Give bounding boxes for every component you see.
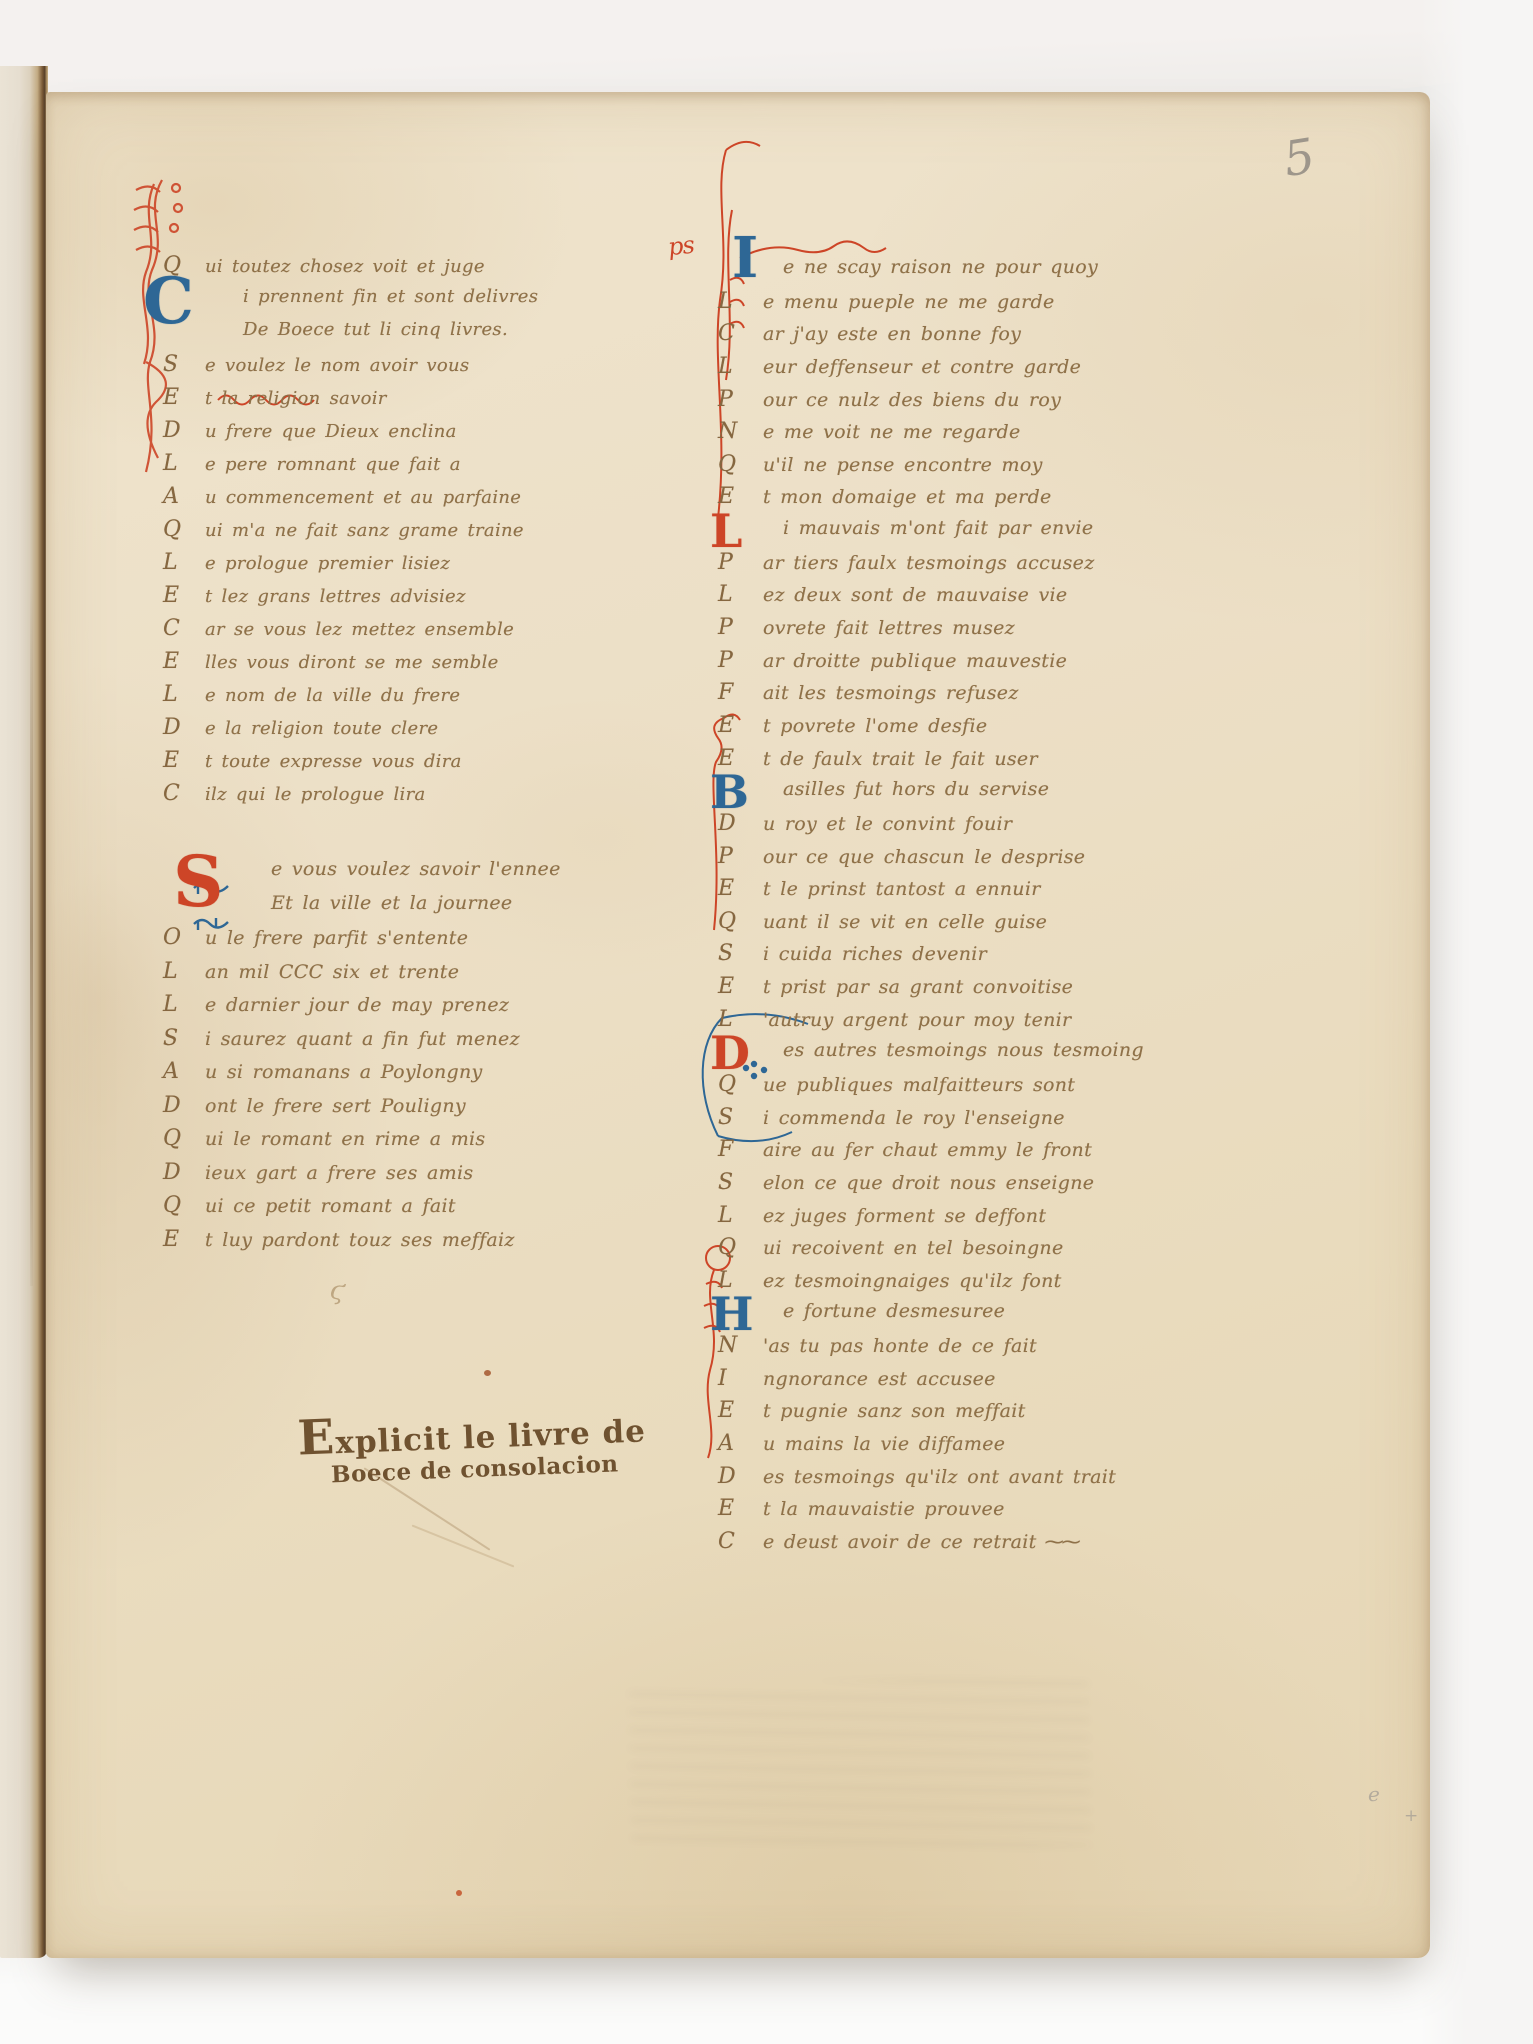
verse-line: Leur deffenseur et contre garde: [718, 354, 1081, 379]
backdrop-right: [1420, 0, 1533, 2044]
verse-initial: S: [718, 941, 763, 966]
verse-initial: D: [163, 1160, 205, 1185]
verse-text: ar se vous lez mettez ensemble: [205, 619, 514, 640]
pencil-mark-plus: +: [1404, 1806, 1418, 1826]
verse-line: Et la mauvaistie prouvee: [718, 1496, 1005, 1521]
verse-line: Ingnorance est accusee: [718, 1366, 996, 1391]
verse-text: t toute expresse vous dira: [205, 751, 462, 772]
paraph-mark: ps: [667, 231, 695, 262]
verse-text: t de faulx trait le fait user: [763, 748, 1038, 770]
verse-line: Ne me voit ne me regarde: [718, 419, 1021, 444]
verse-line: Le prologue premier lisiez: [163, 550, 450, 575]
verse-initial: Q: [163, 517, 205, 542]
verse-line: L'autruy argent pour moy tenir: [718, 1007, 1071, 1032]
illuminated-initial: I: [732, 236, 759, 281]
verse-line: De Boece tut li cinq livres.: [163, 319, 508, 340]
verse-initial: P: [718, 844, 763, 869]
verse-text: our ce que chascun le desprise: [763, 846, 1085, 868]
verse-text: i saurez quant a fin fut menez: [205, 1028, 520, 1050]
verse-initial: E: [718, 876, 763, 901]
verse-text: i prennent fin et sont delivres: [243, 286, 538, 307]
verse-initial: S: [163, 1026, 205, 1051]
verse-text: ilz qui le prologue lira: [205, 784, 426, 805]
verse-text: ar j'ay este en bonne foy: [763, 323, 1021, 345]
verse-text: e nom de la ville du frere: [205, 685, 460, 706]
verse-initial: L: [718, 1203, 763, 1228]
verse-line: Et la ville et la journee: [163, 892, 512, 914]
verse-line: Le pere romnant que fait a: [163, 451, 461, 476]
verse-initial: Q: [718, 1235, 763, 1260]
verse-text: e ne scay raison ne pour quoy: [783, 256, 1098, 278]
verse-text: u roy et le convint fouir: [763, 813, 1012, 835]
verse-initial: L: [163, 959, 205, 984]
verse-line: Et povrete l'ome desfie: [718, 713, 987, 738]
verse-text: asilles fut hors du servise: [783, 778, 1049, 800]
verse-line: Se voulez le nom avoir vous: [163, 352, 469, 377]
verse-text: t povrete l'ome desfie: [763, 715, 987, 737]
verse-line: Au si romanans a Poylongny: [163, 1059, 483, 1084]
verse-initial: D: [163, 1093, 205, 1118]
line-end-flourish-icon: ⁓⁓: [1045, 1531, 1079, 1553]
verse-line: Lez juges forment se deffont: [718, 1203, 1046, 1228]
verse-text: ui toutez chosez voit et juge: [205, 256, 485, 277]
verse-initial: S: [718, 1170, 763, 1195]
verse-initial: E: [718, 1398, 763, 1423]
verse-line: Cilz qui le prologue lira: [163, 781, 426, 806]
verse-initial: S: [718, 1105, 763, 1130]
verse-initial: L: [163, 992, 205, 1017]
verse-initial: F: [718, 1137, 763, 1162]
verse-text: i commenda le roy l'enseigne: [763, 1107, 1065, 1129]
verse-initial: A: [163, 1059, 205, 1084]
verse-text: Et la ville et la journee: [271, 892, 512, 914]
verse-text: e menu pueple ne me garde: [763, 291, 1055, 313]
verse-initial: Q: [718, 452, 763, 477]
verse-line: Et le prinst tantost a ennuir: [718, 876, 1041, 901]
verse-initial: E: [718, 1496, 763, 1521]
verse-text: es tesmoings qu'ilz ont avant trait: [763, 1466, 1116, 1488]
verse-line: Pour ce nulz des biens du roy: [718, 387, 1061, 412]
verse-text: t la religion savoir: [205, 388, 387, 409]
verse-text: ez tesmoingnaiges qu'ilz font: [763, 1270, 1062, 1292]
verse-line: Lan mil CCC six et trente: [163, 959, 459, 984]
verse-initial: N: [718, 419, 763, 444]
verse-line: Qu'il ne pense encontre moy: [718, 452, 1043, 477]
verse-initial: D: [718, 1464, 763, 1489]
verse-text: es autres tesmoings nous tesmoing: [783, 1039, 1144, 1061]
verse-text: De Boece tut li cinq livres.: [243, 319, 508, 340]
pencil-mark-e: e: [1368, 1782, 1380, 1806]
verse-initial: E: [163, 1227, 205, 1252]
verse-initial: E: [718, 713, 763, 738]
verse-line: Et prist par sa grant convoitise: [718, 974, 1073, 999]
verse-line: Si cuida riches devenir: [718, 941, 987, 966]
verse-initial: C: [163, 616, 205, 641]
verse-initial: C: [718, 321, 763, 346]
verse-text: u mains la vie diffamee: [763, 1433, 1005, 1455]
verse-line: Se vous voulez savoir l'ennee: [163, 858, 561, 880]
verse-line: Car se vous lez mettez ensemble: [163, 616, 514, 641]
verse-initial: E: [163, 583, 205, 608]
verse-initial: I: [718, 1366, 763, 1391]
verse-line: Et de faulx trait le fait user: [718, 746, 1038, 771]
verse-line: Le darnier jour de may prenez: [163, 992, 509, 1017]
verse-line: Du frere que Dieux enclina: [163, 418, 457, 443]
verse-text: ez deux sont de mauvaise vie: [763, 584, 1067, 606]
verse-line: Si saurez quant a fin fut menez: [163, 1026, 520, 1051]
verse-line: Basilles fut hors du servise: [718, 778, 1049, 800]
verse-line: De la religion toute clere: [163, 715, 438, 740]
verse-line: Qui ce petit romant a fait: [163, 1193, 456, 1218]
verse-initial: Q: [718, 1072, 763, 1097]
verse-line: Povrete fait lettres musez: [718, 615, 1015, 640]
verse-line: Et mon domaige et ma perde: [718, 484, 1052, 509]
illuminated-initial: B: [710, 774, 749, 811]
verse-text: u frere que Dieux enclina: [205, 421, 457, 442]
verse-initial: P: [718, 550, 763, 575]
verse-line: Le nom de la ville du frere: [163, 682, 460, 707]
vellum-smudge: [52, 870, 162, 1130]
verse-text: ui m'a ne fait sanz grame traine: [205, 520, 524, 541]
verse-text: e fortune desmesuree: [783, 1300, 1005, 1322]
verse-text: ieux gart a frere ses amis: [205, 1162, 473, 1184]
verse-text: e darnier jour de may prenez: [205, 994, 509, 1016]
verse-text: eur deffenseur et contre garde: [763, 356, 1081, 378]
verse-text: t le prinst tantost a ennuir: [763, 878, 1041, 900]
verse-line: Si commenda le roy l'enseigne: [718, 1105, 1065, 1130]
verse-text: ar droitte publique mauvestie: [763, 650, 1067, 672]
verse-line: Pour ce que chascun le desprise: [718, 844, 1085, 869]
verse-initial: E: [163, 649, 205, 674]
verse-line: Selon ce que droit nous enseigne: [718, 1170, 1094, 1195]
verse-line: Du roy et le convint fouir: [718, 811, 1012, 836]
verse-text: u si romanans a Poylongny: [205, 1061, 483, 1083]
verse-text: ui recoivent en tel besoingne: [763, 1237, 1064, 1259]
verse-line: Que publiques malfaitteurs sont: [718, 1072, 1075, 1097]
verse-text: t pugnie sanz son meffait: [763, 1400, 1026, 1422]
verse-text: u commencement et au parfaine: [205, 487, 521, 508]
verse-line: Et luy pardont touz ses meffaiz: [163, 1227, 515, 1252]
verse-initial: D: [718, 811, 763, 836]
verse-initial: E: [718, 974, 763, 999]
verse-initial: L: [718, 289, 763, 314]
verse-text: e deust avoir de ce retrait: [763, 1531, 1037, 1553]
verse-text: i mauvais m'ont fait par envie: [783, 517, 1093, 539]
gutter-crease: [30, 586, 33, 1286]
verse-text: ue publiques malfaitteurs sont: [763, 1074, 1075, 1096]
verse-line: Par tiers faulx tesmoings accusez: [718, 550, 1095, 575]
verse-initial: A: [163, 484, 205, 509]
ink-showthrough: [629, 1676, 1092, 1854]
verse-line: He fortune desmesuree: [718, 1300, 1005, 1322]
verse-initial: A: [718, 1431, 763, 1456]
verse-line: Qui recoivent en tel besoingne: [718, 1235, 1064, 1260]
verse-text: t mon domaige et ma perde: [763, 486, 1052, 508]
verse-initial: C: [163, 781, 205, 806]
verse-initial: L: [718, 582, 763, 607]
verse-initial: Q: [163, 1126, 205, 1151]
verse-initial: O: [163, 925, 205, 950]
verse-initial: N: [718, 1333, 763, 1358]
verse-text: our ce nulz des biens du roy: [763, 389, 1061, 411]
verse-line: Car j'ay este en bonne foy: [718, 321, 1021, 346]
verse-initial: P: [718, 648, 763, 673]
verse-initial: P: [718, 615, 763, 640]
verse-initial: Q: [163, 1193, 205, 1218]
verse-line: Dont le frere sert Pouligny: [163, 1093, 466, 1118]
verse-text: 'autruy argent pour moy tenir: [763, 1009, 1071, 1031]
verse-line: Et toute expresse vous dira: [163, 748, 462, 773]
verse-text: i cuida riches devenir: [763, 943, 987, 965]
verse-initial: F: [718, 680, 763, 705]
verse-initial: C: [718, 1529, 763, 1554]
verse-line: Lez deux sont de mauvaise vie: [718, 582, 1067, 607]
verse-text: aire au fer chaut emmy le front: [763, 1139, 1092, 1161]
verse-text: t luy pardont touz ses meffaiz: [205, 1229, 515, 1251]
verse-text: an mil CCC six et trente: [205, 961, 459, 983]
book-gutter: [0, 66, 48, 1958]
verse-initial: D: [163, 418, 205, 443]
verse-text: ui le romant en rime a mis: [205, 1128, 485, 1150]
verse-text: u'il ne pense encontre moy: [763, 454, 1043, 476]
explicit-colophon: Explicit le livre de Boece de consolacio…: [297, 1397, 648, 1489]
verse-line: Et la religion savoir: [163, 385, 387, 410]
verse-line: Quant il se vit en celle guise: [718, 909, 1047, 934]
verse-line: Faire au fer chaut emmy le front: [718, 1137, 1092, 1162]
verse-text: ait les tesmoings refusez: [763, 682, 1019, 704]
ink-stain-dot: [484, 1370, 491, 1376]
verse-line: Ci prennent fin et sont delivres: [163, 286, 538, 307]
verse-line: Au mains la vie diffamee: [718, 1431, 1005, 1456]
verse-line: Fait les tesmoings refusez: [718, 680, 1019, 705]
illuminated-initial: D: [710, 1035, 750, 1072]
manuscript-photo: 5 ps: [0, 0, 1533, 2044]
verse-text: ui ce petit romant a fait: [205, 1195, 456, 1217]
verse-line: Elles vous diront se me semble: [163, 649, 499, 674]
verse-initial: E: [163, 748, 205, 773]
verse-text: ar tiers faulx tesmoings accusez: [763, 552, 1095, 574]
verse-line: Qui le romant en rime a mis: [163, 1126, 485, 1151]
verse-line: Au commencement et au parfaine: [163, 484, 521, 509]
verse-line: Par droitte publique mauvestie: [718, 648, 1067, 673]
verse-text: ez juges forment se deffont: [763, 1205, 1046, 1227]
verse-text: u le frere parfit s'entente: [205, 927, 468, 949]
red-stain-dot: [456, 1890, 462, 1896]
verse-line: Qui m'a ne fait sanz grame traine: [163, 517, 524, 542]
verse-text: e vous voulez savoir l'ennee: [271, 858, 561, 880]
verse-line: Qui toutez chosez voit et juge: [163, 253, 485, 278]
verse-text: e la religion toute clere: [205, 718, 438, 739]
verse-initial: S: [163, 352, 205, 377]
verse-text: t lez grans lettres advisiez: [205, 586, 466, 607]
verse-text: uant il se vit en celle guise: [763, 911, 1047, 933]
verse-text: e pere romnant que fait a: [205, 454, 461, 475]
verse-initial: Q: [718, 909, 763, 934]
verse-line: Des tesmoings qu'ilz ont avant trait: [718, 1464, 1116, 1489]
verse-text: e prologue premier lisiez: [205, 553, 450, 574]
verse-text: 'as tu pas honte de ce fait: [763, 1335, 1037, 1357]
verse-text: ont le frere sert Pouligny: [205, 1095, 466, 1117]
verse-line: Le menu pueple ne me garde: [718, 289, 1055, 314]
verse-initial: L: [163, 550, 205, 575]
verse-initial: L: [163, 451, 205, 476]
verse-line: Ou le frere parfit s'entente: [163, 925, 468, 950]
verse-text: ngnorance est accusee: [763, 1368, 996, 1390]
verse-line: Des autres tesmoings nous tesmoing: [718, 1039, 1144, 1061]
verse-line: Ce deust avoir de ce retrait⁓⁓: [718, 1529, 1079, 1554]
verse-line: Et lez grans lettres advisiez: [163, 583, 466, 608]
verse-line: N'as tu pas honte de ce fait: [718, 1333, 1037, 1358]
verse-text: t la mauvaistie prouvee: [763, 1498, 1005, 1520]
verse-line: Ie ne scay raison ne pour quoy: [718, 256, 1098, 278]
illuminated-initial: H: [710, 1296, 754, 1333]
verse-text: e me voit ne me regarde: [763, 421, 1021, 443]
illuminated-initial: L: [710, 513, 743, 550]
verse-text: lles vous diront se me semble: [205, 652, 499, 673]
verse-text: ovrete fait lettres musez: [763, 617, 1015, 639]
verse-initial: E: [163, 385, 205, 410]
verse-initial: P: [718, 387, 763, 412]
verse-line: Dieux gart a frere ses amis: [163, 1160, 473, 1185]
verse-initial: D: [163, 715, 205, 740]
verse-line: Et pugnie sanz son meffait: [718, 1398, 1026, 1423]
verse-initial: L: [163, 682, 205, 707]
verse-text: elon ce que droit nous enseigne: [763, 1172, 1094, 1194]
verse-text: e voulez le nom avoir vous: [205, 355, 469, 376]
verse-line: Li mauvais m'ont fait par envie: [718, 517, 1093, 539]
verse-line: Lez tesmoingnaiges qu'ilz font: [718, 1268, 1062, 1293]
verse-initial: L: [718, 354, 763, 379]
verse-text: t prist par sa grant convoitise: [763, 976, 1073, 998]
